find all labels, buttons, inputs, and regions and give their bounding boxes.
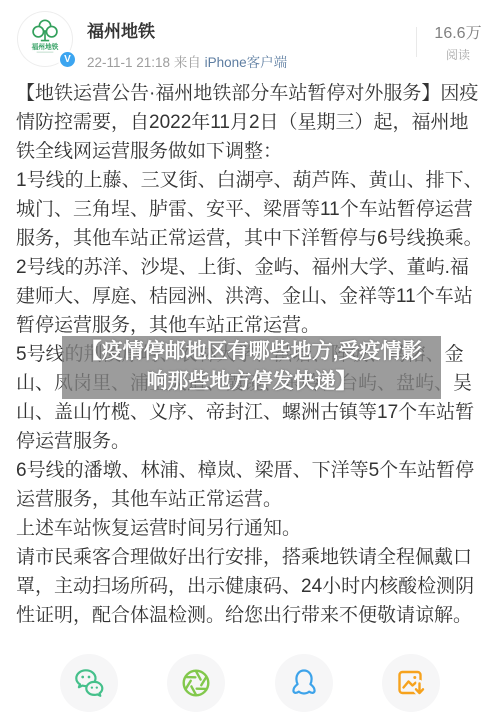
share-wechat-button[interactable]	[60, 654, 118, 712]
verified-badge-icon: V	[58, 50, 77, 69]
avatar[interactable]: 福州地铁 V	[18, 12, 74, 70]
paragraph-advice: 请市民乘客合理做好出行安排，搭乘地铁请全程佩戴口罩，主动扫场所码，出示健康码、2…	[16, 543, 484, 630]
share-bar	[0, 654, 500, 712]
paragraph-line6: 6号线的潘墩、林浦、樟岚、梁厝、下洋等5个车站暂停运营服务，其他车站正常运营。	[16, 456, 484, 514]
post-meta: 22-11-1 21:18 来自 iPhone客户端	[87, 51, 416, 71]
watermark-overlay: 【疫情停邮地区有哪些地方,受疫情影 响那些地方停发快递】	[62, 336, 441, 399]
share-moments-button[interactable]	[167, 654, 225, 712]
reads-count: 16.6万	[432, 20, 484, 43]
weibo-post: 福州地铁 V 福州地铁 22-11-1 21:18 来自 iPhone客户端 1…	[0, 0, 500, 726]
reads-block: 16.6万 阅读	[416, 12, 484, 63]
header-divider	[416, 27, 417, 57]
avatar-logo-text: 福州地铁	[31, 42, 59, 51]
paragraph-line2: 2号线的苏洋、沙堤、上街、金屿、福州大学、董屿.福建师大、厚庭、桔园洲、洪湾、金…	[16, 253, 484, 340]
post-header: 福州地铁 V 福州地铁 22-11-1 21:18 来自 iPhone客户端 1…	[0, 0, 500, 71]
header-main: 福州地铁 22-11-1 21:18 来自 iPhone客户端	[74, 12, 416, 71]
save-image-icon	[394, 666, 428, 700]
wechat-moments-icon	[179, 666, 213, 700]
post-timestamp: 22-11-1 21:18	[87, 55, 170, 70]
share-qq-button[interactable]	[275, 654, 333, 712]
qq-icon	[287, 666, 321, 700]
wechat-icon	[72, 666, 106, 700]
source-prefix: 来自	[174, 55, 201, 70]
save-image-button[interactable]	[382, 654, 440, 712]
source-link[interactable]: iPhone客户端	[205, 55, 288, 70]
paragraph-line1: 1号线的上藤、三叉街、白湖亭、葫芦阵、黄山、排下、城门、三角埕、胪雷、安平、梁厝…	[16, 166, 484, 253]
reads-label: 阅读	[432, 46, 484, 63]
paragraph-resume-notice: 上述车站恢复运营时间另行通知。	[16, 514, 484, 543]
account-name[interactable]: 福州地铁	[87, 17, 416, 42]
paragraph-announcement: 【地铁运营公告·福州地铁部分车站暂停对外服务】因疫情防控需要，自2022年11月…	[16, 79, 484, 166]
